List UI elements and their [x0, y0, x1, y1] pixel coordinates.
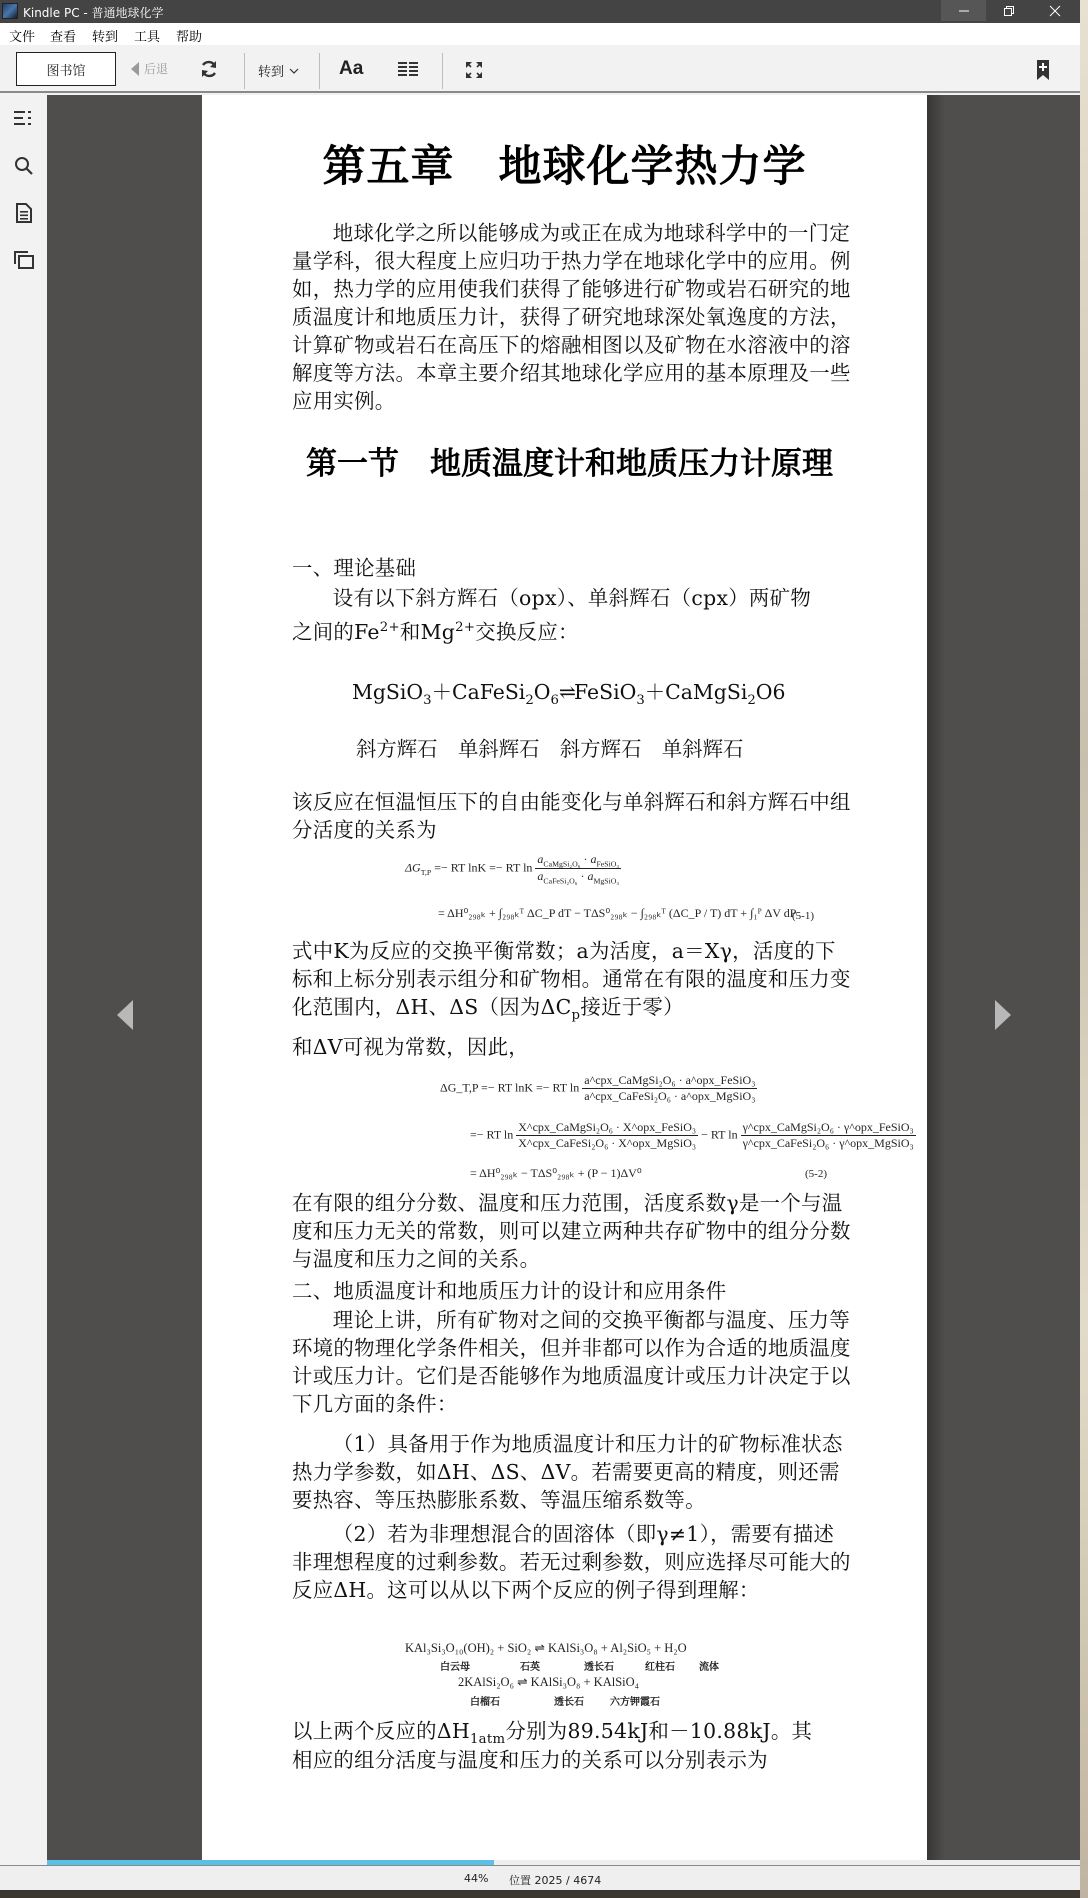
chevron-down-icon — [289, 67, 299, 75]
fraction-numerator: γ^cpx_CaMgSi₂O₆ · γ^opx_FeSiO₃ — [741, 1120, 916, 1136]
toolbar-divider — [442, 53, 443, 89]
toolbar-divider — [319, 53, 320, 89]
text-span: 和Mg — [400, 620, 455, 644]
bookmark-add-icon — [1037, 60, 1049, 80]
condition-1-paragraph: （1）具备用于作为地质温度计和压力计的矿物标准状态热力学参数，如ΔH、ΔS、ΔV… — [292, 1430, 852, 1514]
view-mode-button[interactable] — [397, 60, 419, 78]
back-label: 后退 — [144, 60, 168, 77]
subscript: 1atm — [470, 1732, 505, 1747]
mineral-label: 石英 — [520, 1658, 540, 1673]
subscript: MgSiO₃ — [593, 877, 619, 886]
menu-help[interactable]: 帮助 — [176, 26, 202, 45]
subscript: CaFeSi₂O₆ — [543, 877, 577, 886]
kindle-app-icon — [2, 3, 18, 19]
subscript: FeSiO₃ — [596, 859, 619, 868]
formula-text: ΔG_T,P =− RT lnK =− RT ln — [440, 1080, 579, 1094]
formula-text: O6 — [756, 680, 786, 704]
mineral-name: 斜方辉石 — [356, 737, 438, 761]
font-settings-button[interactable]: Aa — [339, 58, 363, 80]
close-button[interactable] — [1032, 0, 1077, 21]
mineral-name: 单斜辉石 — [458, 737, 540, 761]
library-button[interactable]: 图书馆 — [16, 52, 116, 86]
back-button[interactable]: 后退 — [130, 60, 168, 77]
goto-label: 转到 — [258, 61, 284, 80]
menu-view[interactable]: 查看 — [50, 26, 76, 45]
formula-text: − RT ln — [701, 1127, 738, 1141]
formula-text: CaFeSi — [452, 680, 525, 704]
formula-text: ＋ — [645, 680, 665, 704]
text-span: 之间的Fe — [292, 620, 380, 644]
location-indicator: 位置 2025 / 4674 — [509, 1872, 601, 1888]
search-button[interactable] — [12, 154, 36, 178]
flashcards-icon — [14, 251, 34, 269]
text-span: 接近于零） — [580, 995, 683, 1019]
theory-paragraph: 理论上讲，所有矿物对之间的交换平衡都与温度、压力等环境的物理化学条件相关，但并非… — [292, 1306, 852, 1418]
os-taskbar — [0, 1890, 1088, 1898]
restore-icon — [1003, 5, 1015, 17]
mineral-label: 透长石 — [584, 1658, 614, 1673]
view-mode-icon — [398, 62, 418, 76]
formula-text: CaMgSi — [665, 680, 747, 704]
text-span: 交换反应： — [475, 620, 578, 644]
gamma-paragraph: 在有限的组分分数、温度和压力范围，活度系数γ是一个与温度和压力无关的常数，则可以… — [292, 1189, 852, 1273]
mineral-label: 白榴石 — [470, 1693, 500, 1708]
formula-text: O — [534, 680, 551, 704]
chapter-title: 第五章 地球化学热力学 — [202, 133, 927, 194]
minimize-icon — [958, 5, 970, 17]
kindle-window: Kindle PC - 普通地球化学 文件 查看 转到 工具 帮助 图书馆 后退 — [0, 0, 1080, 1898]
mineral-names-row: 斜方辉石 单斜辉石 斜方辉石 单斜辉石 — [356, 733, 743, 762]
activity-fraction: a^cpx_CaMgSi₂O₆ · a^opx_FeSiO₃ a^cpx_CaF… — [582, 1073, 757, 1104]
activity-coefficient-fraction: γ^cpx_CaMgSi₂O₆ · γ^opx_FeSiO₃ γ^cpx_CaF… — [741, 1120, 916, 1151]
equation-5-2-line3: = ΔH⁰₂₉₈ₖ − TΔS⁰₂₉₈ₖ + (P − 1)ΔV⁰ — [470, 1166, 642, 1181]
mineral-label: 透长石 — [554, 1693, 584, 1708]
equation-5-1-line1: ΔGT,P =− RT lnK =− RT ln aCaMgSi₂O₆ · aF… — [405, 852, 621, 886]
minimize-button[interactable] — [941, 0, 986, 21]
text-span: 以上两个反应的ΔH — [292, 1719, 470, 1743]
previous-page-arrow-icon[interactable] — [117, 1000, 133, 1030]
equation-5-1-line2: = ΔH⁰₂₉₈ₖ + ∫₂₉₈ₖᵀ ΔC_P dT − TΔS⁰₂₉₈ₖ − … — [438, 906, 796, 921]
subscript: 2 — [525, 693, 533, 708]
subscript: 2 — [747, 693, 755, 708]
reaction-example-1: KAl₃Si₃O₁₀(OH)₂ + SiO₂ ⇌ KAlSi₃O₈ + Al₂S… — [405, 1640, 687, 1656]
subscript: 3 — [423, 693, 431, 708]
book-page: 第五章 地球化学热力学 地球化学之所以能够成为或正在成为地球科学中的一门定量学科… — [202, 95, 927, 1860]
page-shadow-right — [927, 95, 945, 1860]
subscript: T,P — [421, 868, 431, 877]
fullscreen-button[interactable] — [464, 60, 484, 80]
restore-button[interactable] — [986, 0, 1031, 21]
text-span: 式中K为反应的交换平衡常数；a为活度，a＝Xγ，活度的下标和上标分别表示组分和矿… — [292, 939, 851, 1019]
window-title: Kindle PC - 普通地球化学 — [23, 4, 164, 21]
subheading-theory: 一、理论基础 — [292, 554, 852, 582]
goto-dropdown[interactable]: 转到 — [258, 61, 299, 80]
close-icon — [1049, 5, 1061, 17]
condition-2-paragraph: （2）若为非理想混合的固溶体（即γ≠1），需要有描述非理想程度的过剩参数。若无过… — [292, 1520, 852, 1604]
fraction-denominator: γ^cpx_CaFeSi₂O₆ · γ^opx_MgSiO₃ — [741, 1136, 916, 1151]
menu-bar: 文件 查看 转到 工具 帮助 — [0, 23, 1080, 45]
desktop-background — [1080, 0, 1088, 1898]
sync-icon — [199, 59, 219, 79]
exchange-reaction: MgSiO3＋CaFeSi2O6⇌FeSiO3＋CaMgSi2O6 — [352, 676, 785, 708]
sync-button[interactable] — [198, 58, 220, 80]
equilibrium-arrow-icon: ⇌ — [559, 680, 574, 704]
fraction-numerator: a^cpx_CaMgSi₂O₆ · a^opx_FeSiO₃ — [582, 1073, 757, 1089]
equation-5-2-line2: =− RT ln X^cpx_CaMgSi₂O₆ · X^opx_FeSiO₃ … — [470, 1120, 916, 1151]
subscript: CaMgSi₂O₆ — [543, 859, 580, 868]
section-title: 第一节 地质温度计和地质压力计原理 — [282, 443, 857, 485]
constant-paragraph: 式中K为反应的交换平衡常数；a为活度，a＝Xγ，活度的下标和上标分别表示组分和矿… — [292, 937, 852, 1030]
gibbs-paragraph: 该反应在恒温恒压下的自由能变化与单斜辉石和斜方辉石中组分活度的关系为 — [292, 788, 852, 844]
next-page-arrow-icon[interactable] — [995, 1000, 1011, 1030]
mineral-label: 白云母 — [440, 1658, 470, 1673]
intro-paragraph: 地球化学之所以能够成为或正在成为地球科学中的一门定量学科，很大程度上应归功于热力… — [292, 219, 852, 415]
mineral-label: 红柱石 — [645, 1658, 675, 1673]
formula-text: =− RT ln — [470, 1127, 513, 1141]
subheading-design: 二、地质温度计和地质压力计的设计和应用条件 — [292, 1277, 852, 1305]
progress-percent: 44% — [464, 1872, 488, 1885]
menu-file[interactable]: 文件 — [9, 26, 35, 45]
menu-goto[interactable]: 转到 — [92, 26, 118, 45]
fraction-denominator: aCaFeSi₂O₆ · aMgSiO₃ — [535, 869, 621, 885]
equation-number: (5-1) — [792, 910, 814, 922]
toolbar: 图书馆 后退 转到 Aa — [0, 45, 1080, 93]
subscript: 3 — [636, 693, 644, 708]
formula-text: ＋ — [432, 680, 452, 704]
formula-text: ΔG — [405, 861, 421, 875]
activity-fraction: aCaMgSi₂O₆ · aFeSiO₃ aCaFeSi₂O₆ · aMgSiO… — [535, 852, 621, 886]
mineral-label: 六方钾霞石 — [610, 1693, 660, 1708]
mineral-name: 单斜辉石 — [662, 737, 744, 761]
table-of-contents-icon — [14, 110, 34, 126]
menu-tools[interactable]: 工具 — [134, 26, 160, 45]
fraction-numerator: X^cpx_CaMgSi₂O₆ · X^opx_FeSiO₃ — [516, 1120, 698, 1136]
fraction-denominator: a^cpx_CaFeSi₂O₆ · a^opx_MgSiO₃ — [582, 1089, 757, 1104]
mole-fraction-fraction: X^cpx_CaMgSi₂O₆ · X^opx_FeSiO₃ X^cpx_CaF… — [516, 1120, 698, 1151]
notes-button[interactable] — [12, 201, 36, 225]
superscript: 2+ — [380, 620, 400, 635]
equation-number: (5-2) — [805, 1168, 827, 1180]
location-label: 位置 — [509, 1874, 531, 1887]
status-bar: 44% 位置 2025 / 4674 — [0, 1866, 1080, 1890]
formula-text: =− RT lnK =− RT ln — [434, 861, 532, 875]
left-sidebar — [0, 95, 47, 1860]
text-span: 分别为89.54kJ和－10.88kJ。其 — [505, 1719, 812, 1743]
superscript: 2+ — [455, 620, 475, 635]
mineral-label: 流体 — [699, 1658, 719, 1673]
enthalpy-paragraph-line2: 相应的组分活度与温度和压力的关系可以分别表示为 — [292, 1746, 852, 1774]
reaction-example-2: 2KAlSi₂O₆ ⇌ KAlSi₃O₈ + KAlSiO₄ — [458, 1674, 639, 1690]
fullscreen-icon — [465, 61, 483, 79]
equation-5-2-line1: ΔG_T,P =− RT lnK =− RT ln a^cpx_CaMgSi₂O… — [440, 1073, 757, 1104]
subscript: 6 — [550, 693, 558, 708]
formula-text: MgSiO — [352, 680, 423, 704]
formula-text: FeSiO — [574, 680, 636, 704]
title-bar: Kindle PC - 普通地球化学 — [0, 0, 1080, 23]
exchange-paragraph-line2: 之间的Fe2+和Mg2+交换反应： — [292, 614, 852, 646]
mineral-name: 斜方辉石 — [560, 737, 642, 761]
flashcards-button[interactable] — [12, 248, 36, 272]
add-bookmark-button[interactable] — [1037, 60, 1049, 80]
constant-paragraph-tail: 和ΔV可视为常数，因此， — [292, 1033, 852, 1061]
fraction-numerator: aCaMgSi₂O₆ · aFeSiO₃ — [535, 852, 621, 869]
fraction-denominator: X^cpx_CaFeSi₂O₆ · X^opx_MgSiO₃ — [516, 1136, 698, 1151]
table-of-contents-button[interactable] — [12, 106, 36, 130]
back-arrow-icon — [130, 62, 140, 76]
search-icon — [14, 156, 34, 176]
location-value: 2025 / 4674 — [535, 1874, 602, 1887]
exchange-paragraph-line1: 设有以下斜方辉石（opx）、单斜辉石（cpx）两矿物 — [292, 584, 852, 612]
notes-icon — [16, 203, 32, 223]
toolbar-divider — [244, 53, 245, 89]
